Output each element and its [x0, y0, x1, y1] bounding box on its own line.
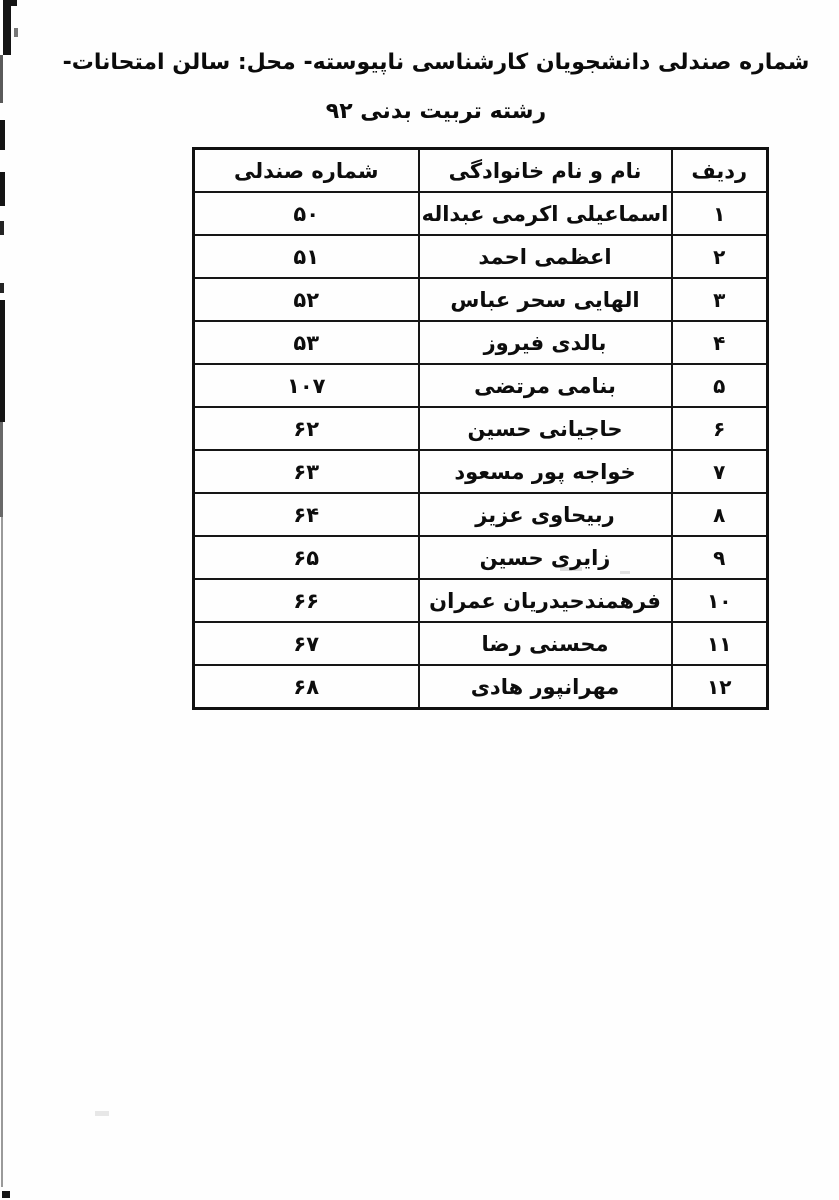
- row-number-cell: ۱۱: [672, 622, 768, 665]
- scan-artifact-left-streak: [0, 422, 3, 517]
- seat-number-cell: ۵۲: [194, 278, 419, 321]
- table-row: ۱ اسماعیلی اکرمی عبداله ۵۰: [194, 192, 768, 235]
- scan-artifact-left-streak: [0, 283, 4, 293]
- table-row: ۱۱ محسنی رضا ۶۷: [194, 622, 768, 665]
- student-name-cell: فرهمندحیدریان عمران: [419, 579, 672, 622]
- table-row: ۷ خواجه پور مسعود ۶۳: [194, 450, 768, 493]
- seat-number-cell: ۶۲: [194, 407, 419, 450]
- row-number-cell: ۱۲: [672, 665, 768, 709]
- row-number-cell: ۱۰: [672, 579, 768, 622]
- student-name-cell: زایری حسین: [419, 536, 672, 579]
- seat-number-cell: ۵۱: [194, 235, 419, 278]
- student-name-cell: بالدی فیروز: [419, 321, 672, 364]
- header-seat-number: شماره صندلی: [194, 149, 419, 193]
- table-row: ۶ حاجیانی حسین ۶۲: [194, 407, 768, 450]
- scan-artifact-corner-bracket: [3, 0, 11, 55]
- student-name-cell: الهایی سحر عباس: [419, 278, 672, 321]
- student-name-cell: محسنی رضا: [419, 622, 672, 665]
- row-number-cell: ۸: [672, 493, 768, 536]
- table-row: ۵ بنامی مرتضی ۱۰۷: [194, 364, 768, 407]
- scan-artifact-speck: [95, 1111, 109, 1116]
- scan-artifact-left-streak: [0, 120, 5, 150]
- row-number-cell: ۲: [672, 235, 768, 278]
- student-name-cell: خواجه پور مسعود: [419, 450, 672, 493]
- scan-artifact-corner-mark: [14, 28, 18, 37]
- document-title-line2: رشته تربیت بدنی ۹۲: [30, 87, 839, 136]
- row-number-cell: ۴: [672, 321, 768, 364]
- seat-number-cell: ۶۷: [194, 622, 419, 665]
- student-name-cell: ربیحاوی عزیز: [419, 493, 672, 536]
- table-row: ۳ الهایی سحر عباس ۵۲: [194, 278, 768, 321]
- row-number-cell: ۹: [672, 536, 768, 579]
- document-title: شماره صندلی دانشجویان کارشناسی ناپیوسته-…: [30, 38, 839, 136]
- seat-number-cell: ۶۶: [194, 579, 419, 622]
- table-header-row: ردیف نام و نام خانوادگی شماره صندلی: [194, 149, 768, 193]
- seat-number-cell: ۵۳: [194, 321, 419, 364]
- table-row: ۲ اعظمی احمد ۵۱: [194, 235, 768, 278]
- seat-number-cell: ۶۸: [194, 665, 419, 709]
- header-full-name: نام و نام خانوادگی: [419, 149, 672, 193]
- scan-artifact-left-streak: [0, 300, 5, 422]
- scanned-document-page: شماره صندلی دانشجویان کارشناسی ناپیوسته-…: [0, 0, 839, 1200]
- row-number-cell: ۱: [672, 192, 768, 235]
- row-number-cell: ۷: [672, 450, 768, 493]
- student-name-cell: مهرانپور هادی: [419, 665, 672, 709]
- scan-artifact-corner-bracket-top: [3, 0, 17, 6]
- table-row: ۹ زایری حسین ۶۵: [194, 536, 768, 579]
- table-row: ۸ ربیحاوی عزیز ۶۴: [194, 493, 768, 536]
- student-name-cell: بنامی مرتضی: [419, 364, 672, 407]
- scan-artifact-left-line: [1, 517, 3, 1187]
- scan-artifact-bottom-square: [2, 1191, 10, 1198]
- student-name-cell: حاجیانی حسین: [419, 407, 672, 450]
- scan-artifact-left-streak: [0, 221, 4, 235]
- scan-artifact-left-streak: [0, 55, 3, 103]
- seat-number-cell: ۶۵: [194, 536, 419, 579]
- seat-assignment-table: ردیف نام و نام خانوادگی شماره صندلی ۱ اس…: [192, 147, 769, 710]
- seat-number-cell: ۶۴: [194, 493, 419, 536]
- table-row: ۱۰ فرهمندحیدریان عمران ۶۶: [194, 579, 768, 622]
- header-row-number: ردیف: [672, 149, 768, 193]
- table-row: ۴ بالدی فیروز ۵۳: [194, 321, 768, 364]
- student-name-cell: اسماعیلی اکرمی عبداله: [419, 192, 672, 235]
- scan-artifact-left-streak: [0, 172, 5, 206]
- seat-number-cell: ۱۰۷: [194, 364, 419, 407]
- seat-number-cell: ۵۰: [194, 192, 419, 235]
- table-row: ۱۲ مهرانپور هادی ۶۸: [194, 665, 768, 709]
- seat-number-cell: ۶۳: [194, 450, 419, 493]
- row-number-cell: ۳: [672, 278, 768, 321]
- row-number-cell: ۵: [672, 364, 768, 407]
- row-number-cell: ۶: [672, 407, 768, 450]
- document-title-line1: شماره صندلی دانشجویان کارشناسی ناپیوسته-…: [30, 38, 839, 87]
- student-name-cell: اعظمی احمد: [419, 235, 672, 278]
